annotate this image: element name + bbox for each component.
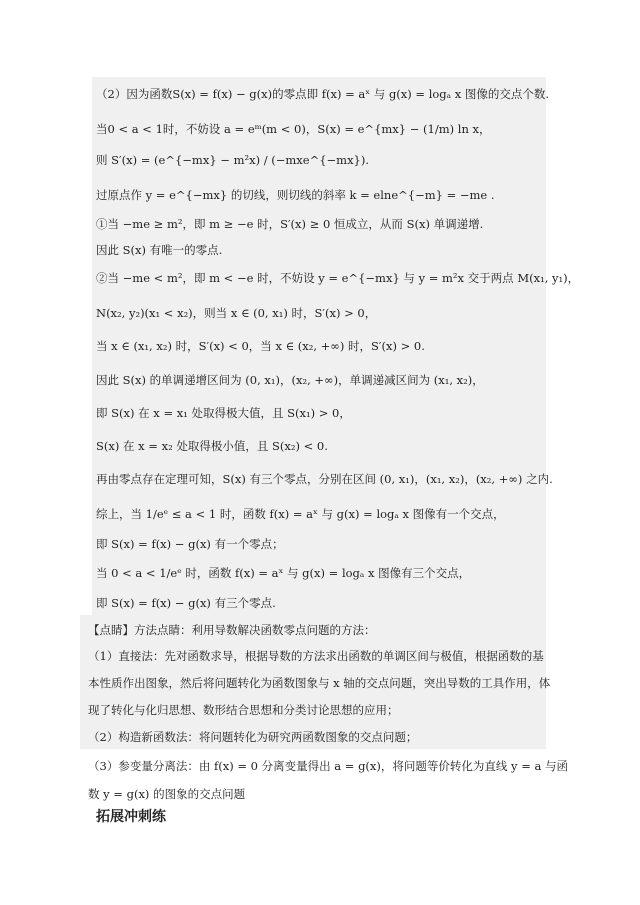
solution-line-7: ②当 −me < m²，即 m < −e 时，不妨设 y = e^{−mx} 与…: [96, 270, 579, 286]
solution-line-11: 即 S(x) 在 x = x₁ 处取得极大值，且 S(x₁) > 0，: [96, 405, 351, 421]
solution-line-3: 则 S′(x) = (e^{−mx} − m²x) / (−mxe^{−mx})…: [96, 152, 369, 168]
solution-line-14: 综上，当 1/eᵉ ≤ a < 1 时，函数 f(x) = aˣ 与 g(x) …: [96, 506, 505, 522]
solution-line-12: S(x) 在 x = x₂ 处取得极小值，且 S(x₂) < 0.: [96, 438, 328, 454]
solution-line-8: N(x₂, y₂)(x₁ < x₂)，则当 x ∈ (0, x₁) 时，S′(x…: [96, 305, 376, 321]
tip-line-1: （1）直接法：先对函数求导，根据导数的方法求出函数的单调区间与极值，根据函数的基: [88, 648, 544, 664]
solution-line-16: 当 0 < a < 1/eᵉ 时，函数 f(x) = aˣ 与 g(x) = l…: [96, 565, 470, 581]
tip-line-2: 本性质作出图象，然后将问题转化为函数图象与 x 轴的交点问题，突出导数的工具作用…: [88, 675, 550, 691]
tip-title: 【点睛】方法点睛：利用导数解决函数零点问题的方法：: [88, 622, 376, 638]
tip-line-6: 数 y = g(x) 的图象的交点问题: [88, 786, 245, 802]
tip-line-3: 现了转化与化归思想、数形结合思想和分类讨论思想的应用；: [88, 702, 399, 718]
solution-line-5: ①当 −me ≥ m²，即 m ≥ −e 时，S′(x) ≥ 0 恒成立，从而 …: [96, 216, 483, 232]
solution-line-1: （2）因为函数S(x) = f(x) − g(x)的零点即 f(x) = aˣ …: [96, 86, 549, 102]
tip-line-5: （3）参变量分离法：由 f(x) = 0 分离变量得出 a = g(x)，将问题…: [88, 758, 568, 774]
section-heading: 拓展冲刺练: [96, 806, 166, 826]
solution-line-2: 当0 < a < 1时，不妨设 a = eᵐ(m < 0)，S(x) = e^{…: [96, 121, 491, 137]
tip-line-4: （2）构造新函数法：将问题转化为研究两函数图象的交点问题；: [88, 729, 417, 745]
solution-line-15: 即 S(x) = f(x) − g(x) 有一个零点；: [96, 536, 284, 552]
solution-line-10: 因此 S(x) 的单调递增区间为 (0, x₁)，(x₂, +∞)，单调递减区间…: [96, 372, 484, 388]
solution-line-9: 当 x ∈ (x₁, x₂) 时，S′(x) < 0，当 x ∈ (x₂, +∞…: [96, 338, 425, 354]
solution-line-4: 过原点作 y = e^{−mx} 的切线，则切线的斜率 k = elne^{−m…: [96, 187, 495, 203]
solution-line-6: 因此 S(x) 有唯一的零点.: [96, 242, 222, 258]
solution-line-17: 即 S(x) = f(x) − g(x) 有三个零点.: [96, 595, 276, 611]
solution-line-13: 再由零点存在定理可知，S(x) 有三个零点，分别在区间 (0, x₁)，(x₁,…: [96, 471, 553, 487]
